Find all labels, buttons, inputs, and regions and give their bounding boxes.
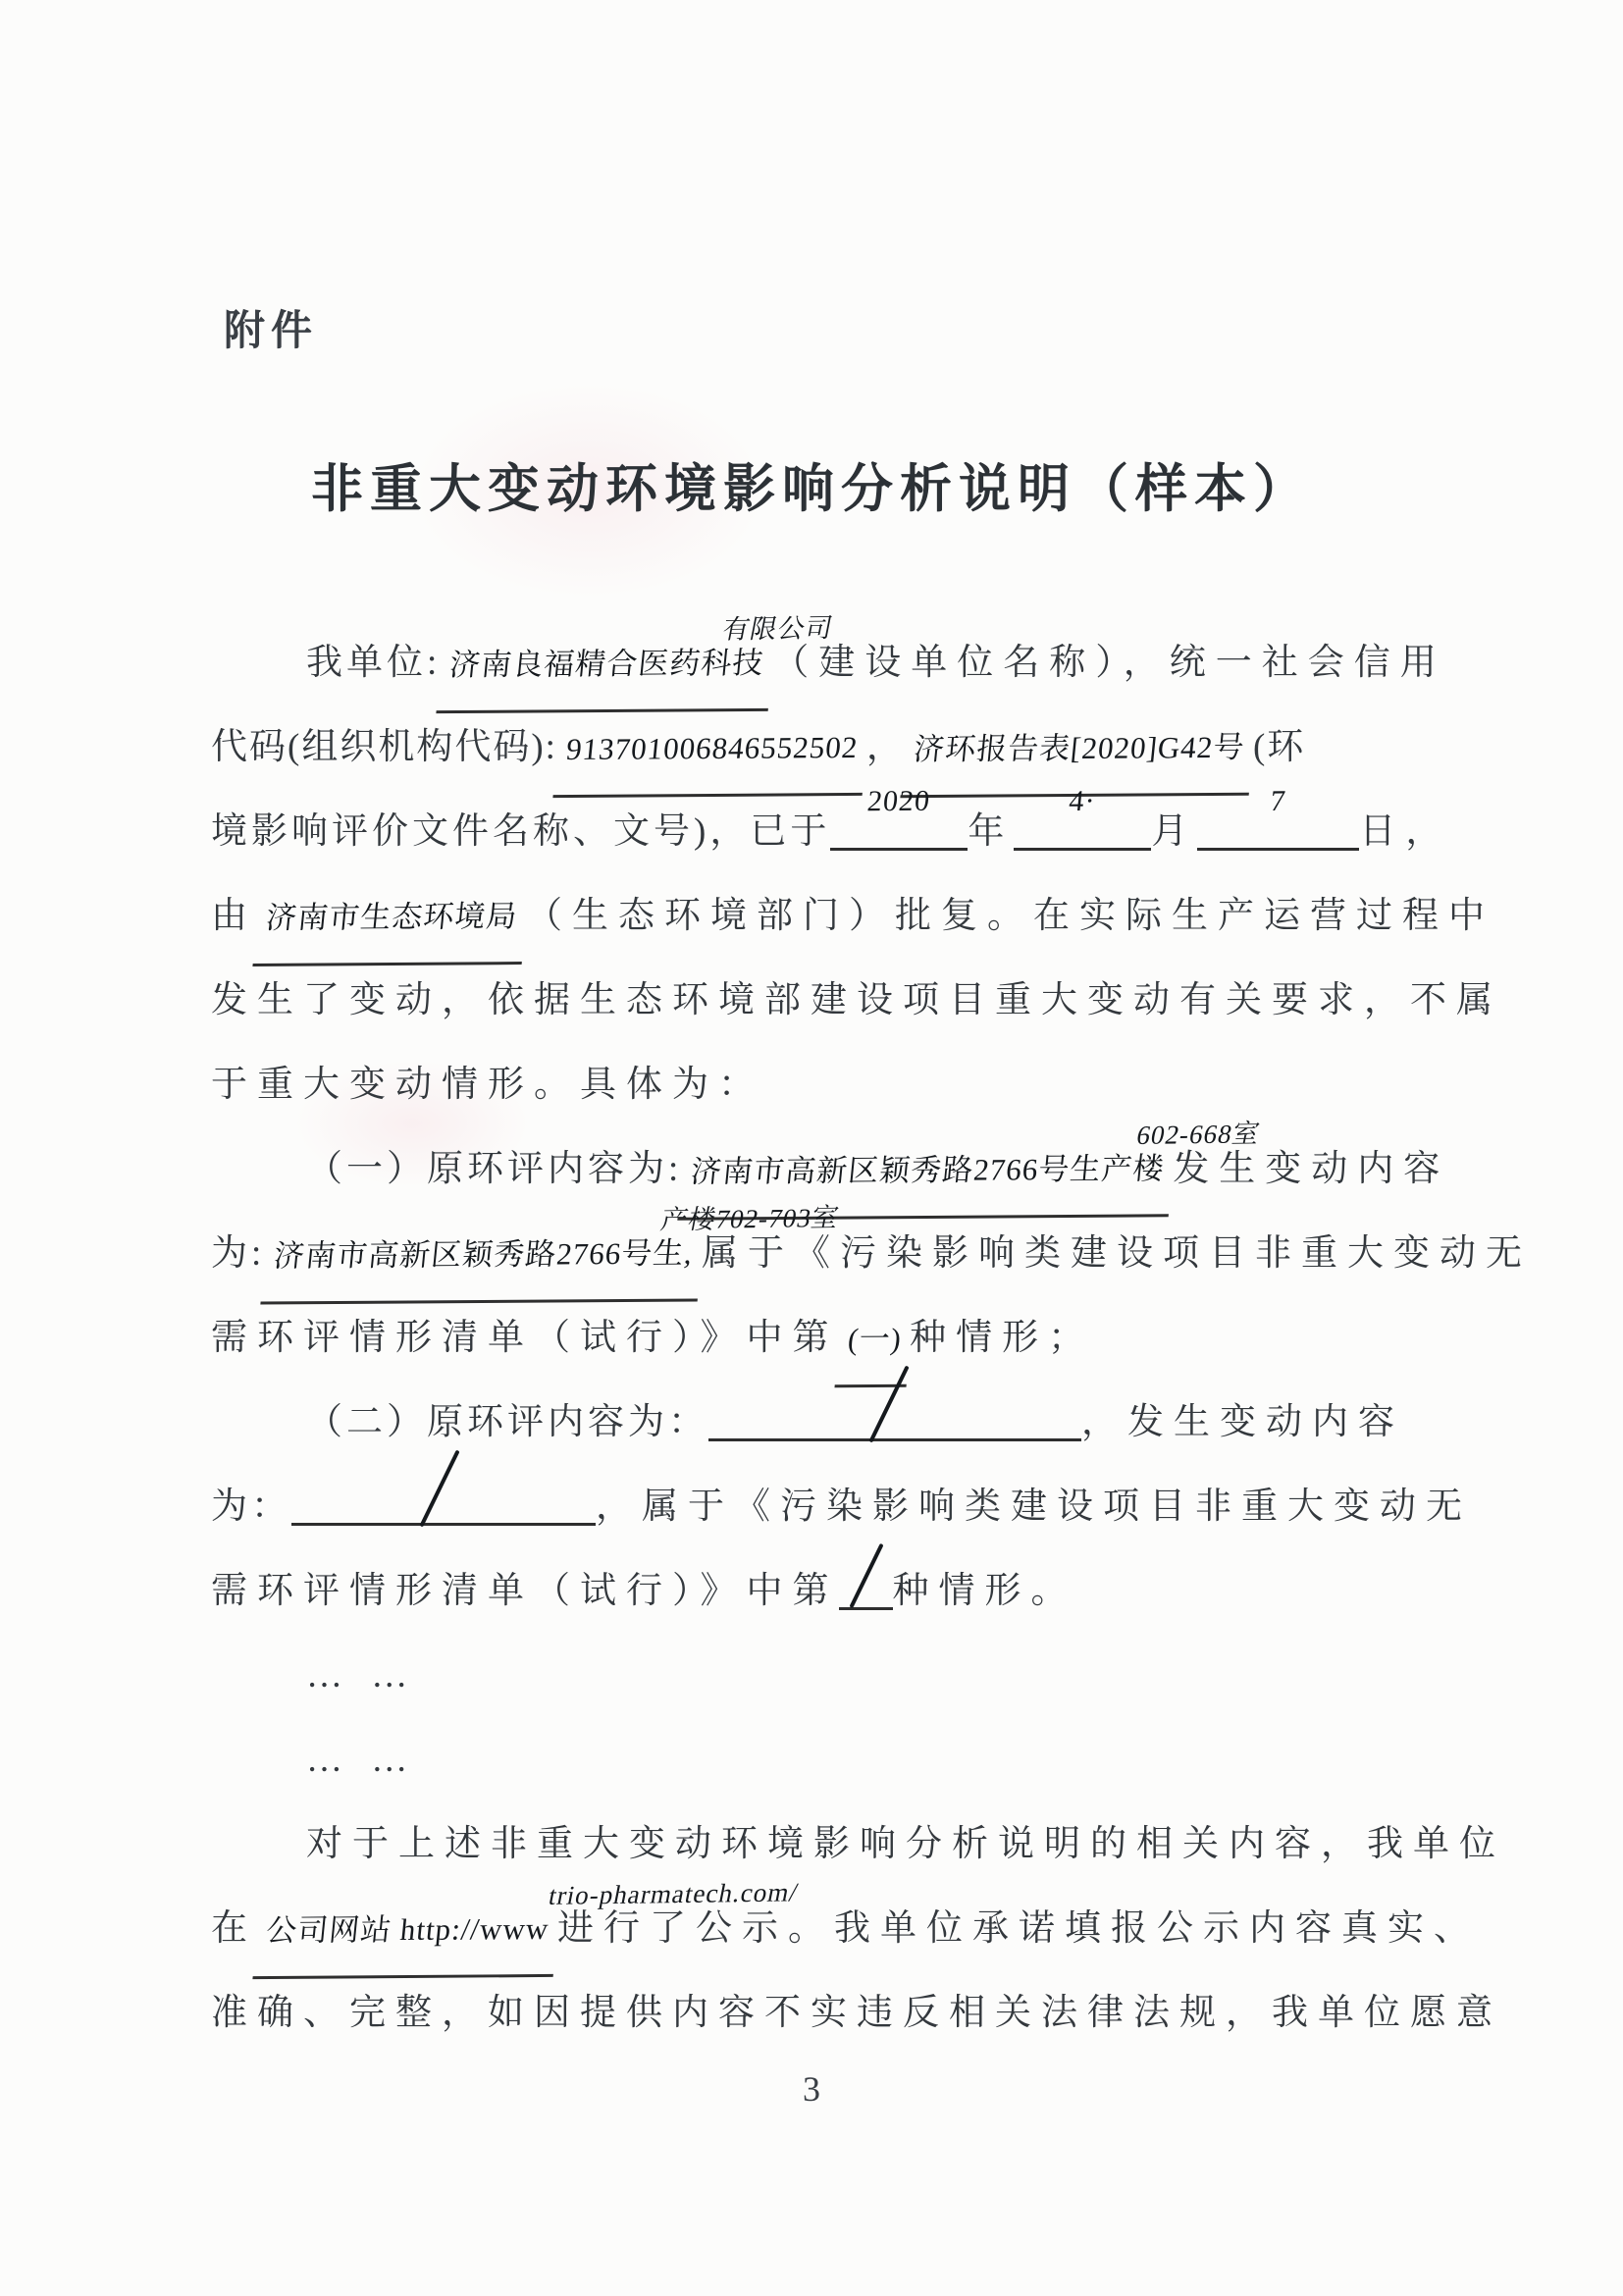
- printed-text: 准确、完整，如因提供内容不实违反相关法律法规，我单位愿意: [211, 1993, 1502, 2033]
- printed-text: （生态环境部门）批复。在实际生产运营过程中: [526, 896, 1494, 936]
- body-line: 对于上述非重大变动环境影响分析说明的相关内容，我单位: [211, 1802, 1423, 1887]
- printed-text: 日，: [1359, 811, 1451, 852]
- body-line: 由济南市生态环境局（生态环境部门）批复。在实际生产运营过程中: [211, 874, 1423, 959]
- interline-annotation: 产楼702-703室: [654, 1175, 848, 1263]
- printed-text: （一）原环评内容为:: [306, 1149, 682, 1189]
- printed-text: （建设单位名称），统一社会信用: [772, 643, 1446, 683]
- printed-text: 为：: [211, 1487, 291, 1527]
- handwritten-text: 公司网站 http://wwwtrio-pharmatech.com/: [252, 1887, 561, 1979]
- blank-field: [708, 1397, 1081, 1441]
- document-page: 附件 非重大变动环境影响分析说明（样本） 我单位:济南良福精合医药科技有限公司（…: [0, 0, 1623, 2296]
- printed-text: 种情形。: [893, 1571, 1077, 1611]
- printed-text: 于重大变动情形。具体为：: [211, 1065, 764, 1105]
- body-line: 需环评情形清单（试行）》中第(一)种情形；: [211, 1296, 1423, 1381]
- interline-annotation: 有限公司: [714, 586, 841, 672]
- handwritten-text: 2020: [826, 759, 972, 845]
- body-line: 发生了变动，依据生态环境部建设项目重大变动有关要求，不属: [211, 959, 1423, 1043]
- body-line: 为:济南市高新区颖秀路2766号生,产楼702-703室属于《污染影响类建设项目…: [211, 1212, 1423, 1296]
- interline-annotation: trio-pharmatech.com/: [541, 1850, 807, 1938]
- printed-text: ，属于《污染影响类建设项目非重大变动无: [596, 1487, 1472, 1527]
- handwritten-text: 济南良福精合医药科技有限公司: [437, 621, 777, 713]
- printed-text: 境影响评价文件名称、文号)，已于: [211, 811, 830, 852]
- blank-field: [291, 1482, 596, 1526]
- handwritten-text: 济南市生态环境局: [252, 874, 530, 966]
- printed-text: 年: [968, 811, 1014, 852]
- printed-text: 需环评情形清单（试行）》中第: [211, 1318, 839, 1358]
- page-number: 3: [0, 2068, 1623, 2110]
- printed-text: 为:: [211, 1233, 265, 1274]
- printed-text: 种情形；: [910, 1318, 1094, 1358]
- body-line: 我单位:济南良福精合医药科技有限公司（建设单位名称），统一社会信用: [211, 621, 1423, 705]
- printed-text: 月: [1151, 811, 1197, 852]
- body-line: 在公司网站 http://wwwtrio-pharmatech.com/进行了公…: [211, 1887, 1423, 1971]
- printed-text: （二）原环评内容为：: [306, 1402, 708, 1442]
- printed-text: 对于上述非重大变动环境影响分析说明的相关内容，我单位: [306, 1824, 1505, 1864]
- handwritten-text: 913701006846552502: [552, 705, 870, 798]
- attachment-label: 附件: [224, 298, 318, 357]
- handwritten-slash: [849, 1543, 883, 1608]
- printed-text: 我单位:: [306, 643, 441, 683]
- body-line: （二）原环评内容为：，发生变动内容: [211, 1381, 1423, 1465]
- printed-text: … …: [306, 1740, 417, 1780]
- body-line: … …: [211, 1718, 1423, 1802]
- blank-field: 2020: [830, 807, 968, 851]
- printed-text: … …: [306, 1655, 417, 1696]
- blank-field: 7: [1197, 807, 1359, 851]
- handwritten-text: 济南市高新区颖秀路2766号生,产楼702-703室: [261, 1211, 707, 1304]
- document-title: 非重大变动环境影响分析说明（样本）: [0, 447, 1623, 522]
- printed-text: 代码(组织机构代码):: [211, 727, 557, 767]
- printed-text: 在: [211, 1908, 257, 1949]
- document-body: 我单位:济南良福精合医药科技有限公司（建设单位名称），统一社会信用代码(组织机构…: [211, 621, 1423, 2056]
- printed-text: ，发生变动内容: [1081, 1402, 1404, 1442]
- body-line: 需环评情形清单（试行）》中第种情形。: [211, 1549, 1423, 1634]
- printed-text: 由: [211, 896, 257, 936]
- handwritten-text: 7: [1193, 758, 1364, 844]
- printed-text: 需环评情形清单（试行）》中第: [211, 1571, 839, 1611]
- handwritten-text: 4·: [1010, 759, 1156, 845]
- blank-field: [839, 1566, 893, 1610]
- body-line: 准确、完整，如因提供内容不实违反相关法律法规，我单位愿意: [211, 1971, 1423, 2056]
- interline-annotation: 602-668室: [1129, 1091, 1269, 1177]
- body-line: 为：，属于《污染影响类建设项目非重大变动无: [211, 1465, 1423, 1549]
- blank-field: 4·: [1014, 807, 1151, 851]
- body-line: 境影响评价文件名称、文号)，已于2020年4·月7日，: [211, 790, 1423, 874]
- printed-text: 发生了变动，依据生态环境部建设项目重大变动有关要求，不属: [211, 980, 1502, 1020]
- body-line: … …: [211, 1634, 1423, 1718]
